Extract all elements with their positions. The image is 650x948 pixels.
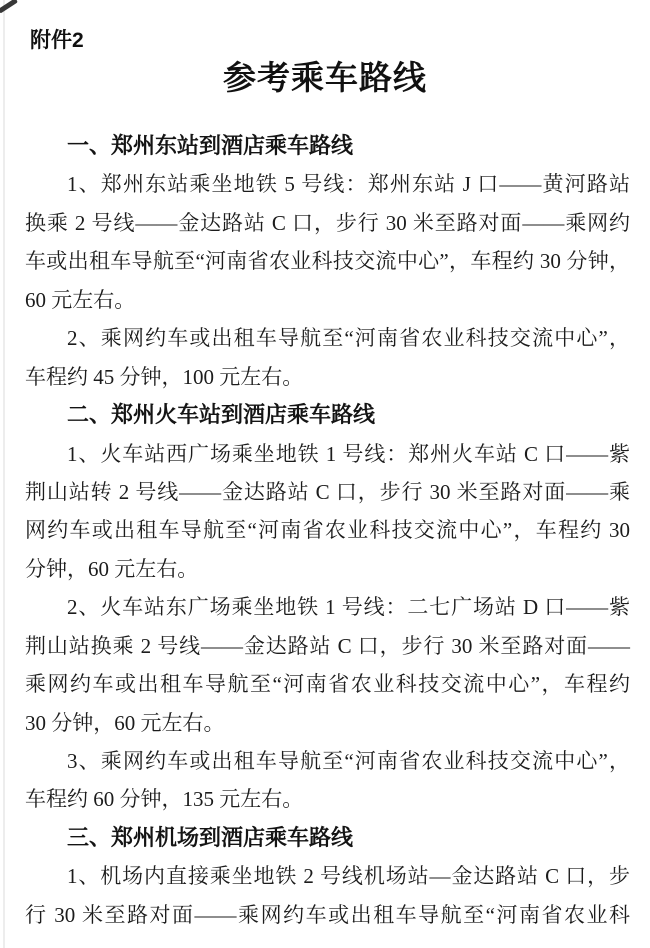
paragraph-line: 1、火车站西广场乘坐地铁 1 号线：郑州火车站 C 口——紫 (25, 435, 630, 473)
paragraph-line: 车程约 45 分钟，100 元左右。 (25, 358, 630, 396)
section-heading-3: 三、郑州机场到酒店乘车路线 (25, 819, 630, 857)
document-page: 附件2 参考乘车路线 一、郑州东站到酒店乘车路线 1、郑州东站乘坐地铁 5 号线… (0, 0, 650, 948)
attachment-label: 附件2 (30, 24, 84, 54)
paragraph-line: 车或出租车导航至“河南省农业科技交流中心”，车程约 30 分钟， (25, 242, 630, 280)
paragraph-line: 2、乘网约车或出租车导航至“河南省农业科技交流中心”， (25, 319, 630, 357)
document-title: 参考乘车路线 (0, 57, 650, 101)
section-heading-1: 一、郑州东站到酒店乘车路线 (25, 127, 630, 165)
paragraph-line: 荆山站转 2 号线——金达路站 C 口，步行 30 米至路对面——乘 (25, 473, 630, 511)
paragraph-line: 60 元左右。 (25, 281, 630, 319)
paragraph-line: 荆山站换乘 2 号线——金达路站 C 口，步行 30 米至路对面—— (25, 627, 630, 665)
paragraph-line: 1、机场内直接乘坐地铁 2 号线机场站—金达路站 C 口，步 (25, 857, 630, 895)
paragraph-line: 分钟，60 元左右。 (25, 550, 630, 588)
paragraph-line: 2、火车站东广场乘坐地铁 1 号线：二七广场站 D 口——紫 (25, 588, 630, 626)
paragraph-line: 网约车或出租车导航至“河南省农业科技交流中心”，车程约 30 (25, 511, 630, 549)
document-body: 一、郑州东站到酒店乘车路线 1、郑州东站乘坐地铁 5 号线：郑州东站 J 口——… (25, 127, 630, 934)
section-heading-2: 二、郑州火车站到酒店乘车路线 (25, 396, 630, 434)
paragraph-line: 1、郑州东站乘坐地铁 5 号线：郑州东站 J 口——黄河路站 (25, 165, 630, 203)
scan-edge-line (3, 0, 5, 948)
paragraph-line: 30 分钟，60 元左右。 (25, 704, 630, 742)
paragraph-line: 车程约 60 分钟，135 元左右。 (25, 780, 630, 818)
paragraph-line: 行 30 米至路对面——乘网约车或出租车导航至“河南省农业科 (25, 896, 630, 934)
paragraph-line: 换乘 2 号线——金达路站 C 口，步行 30 米至路对面——乘网约 (25, 204, 630, 242)
paragraph-line: 3、乘网约车或出租车导航至“河南省农业科技交流中心”， (25, 742, 630, 780)
paragraph-line: 乘网约车或出租车导航至“河南省农业科技交流中心”，车程约 (25, 665, 630, 703)
